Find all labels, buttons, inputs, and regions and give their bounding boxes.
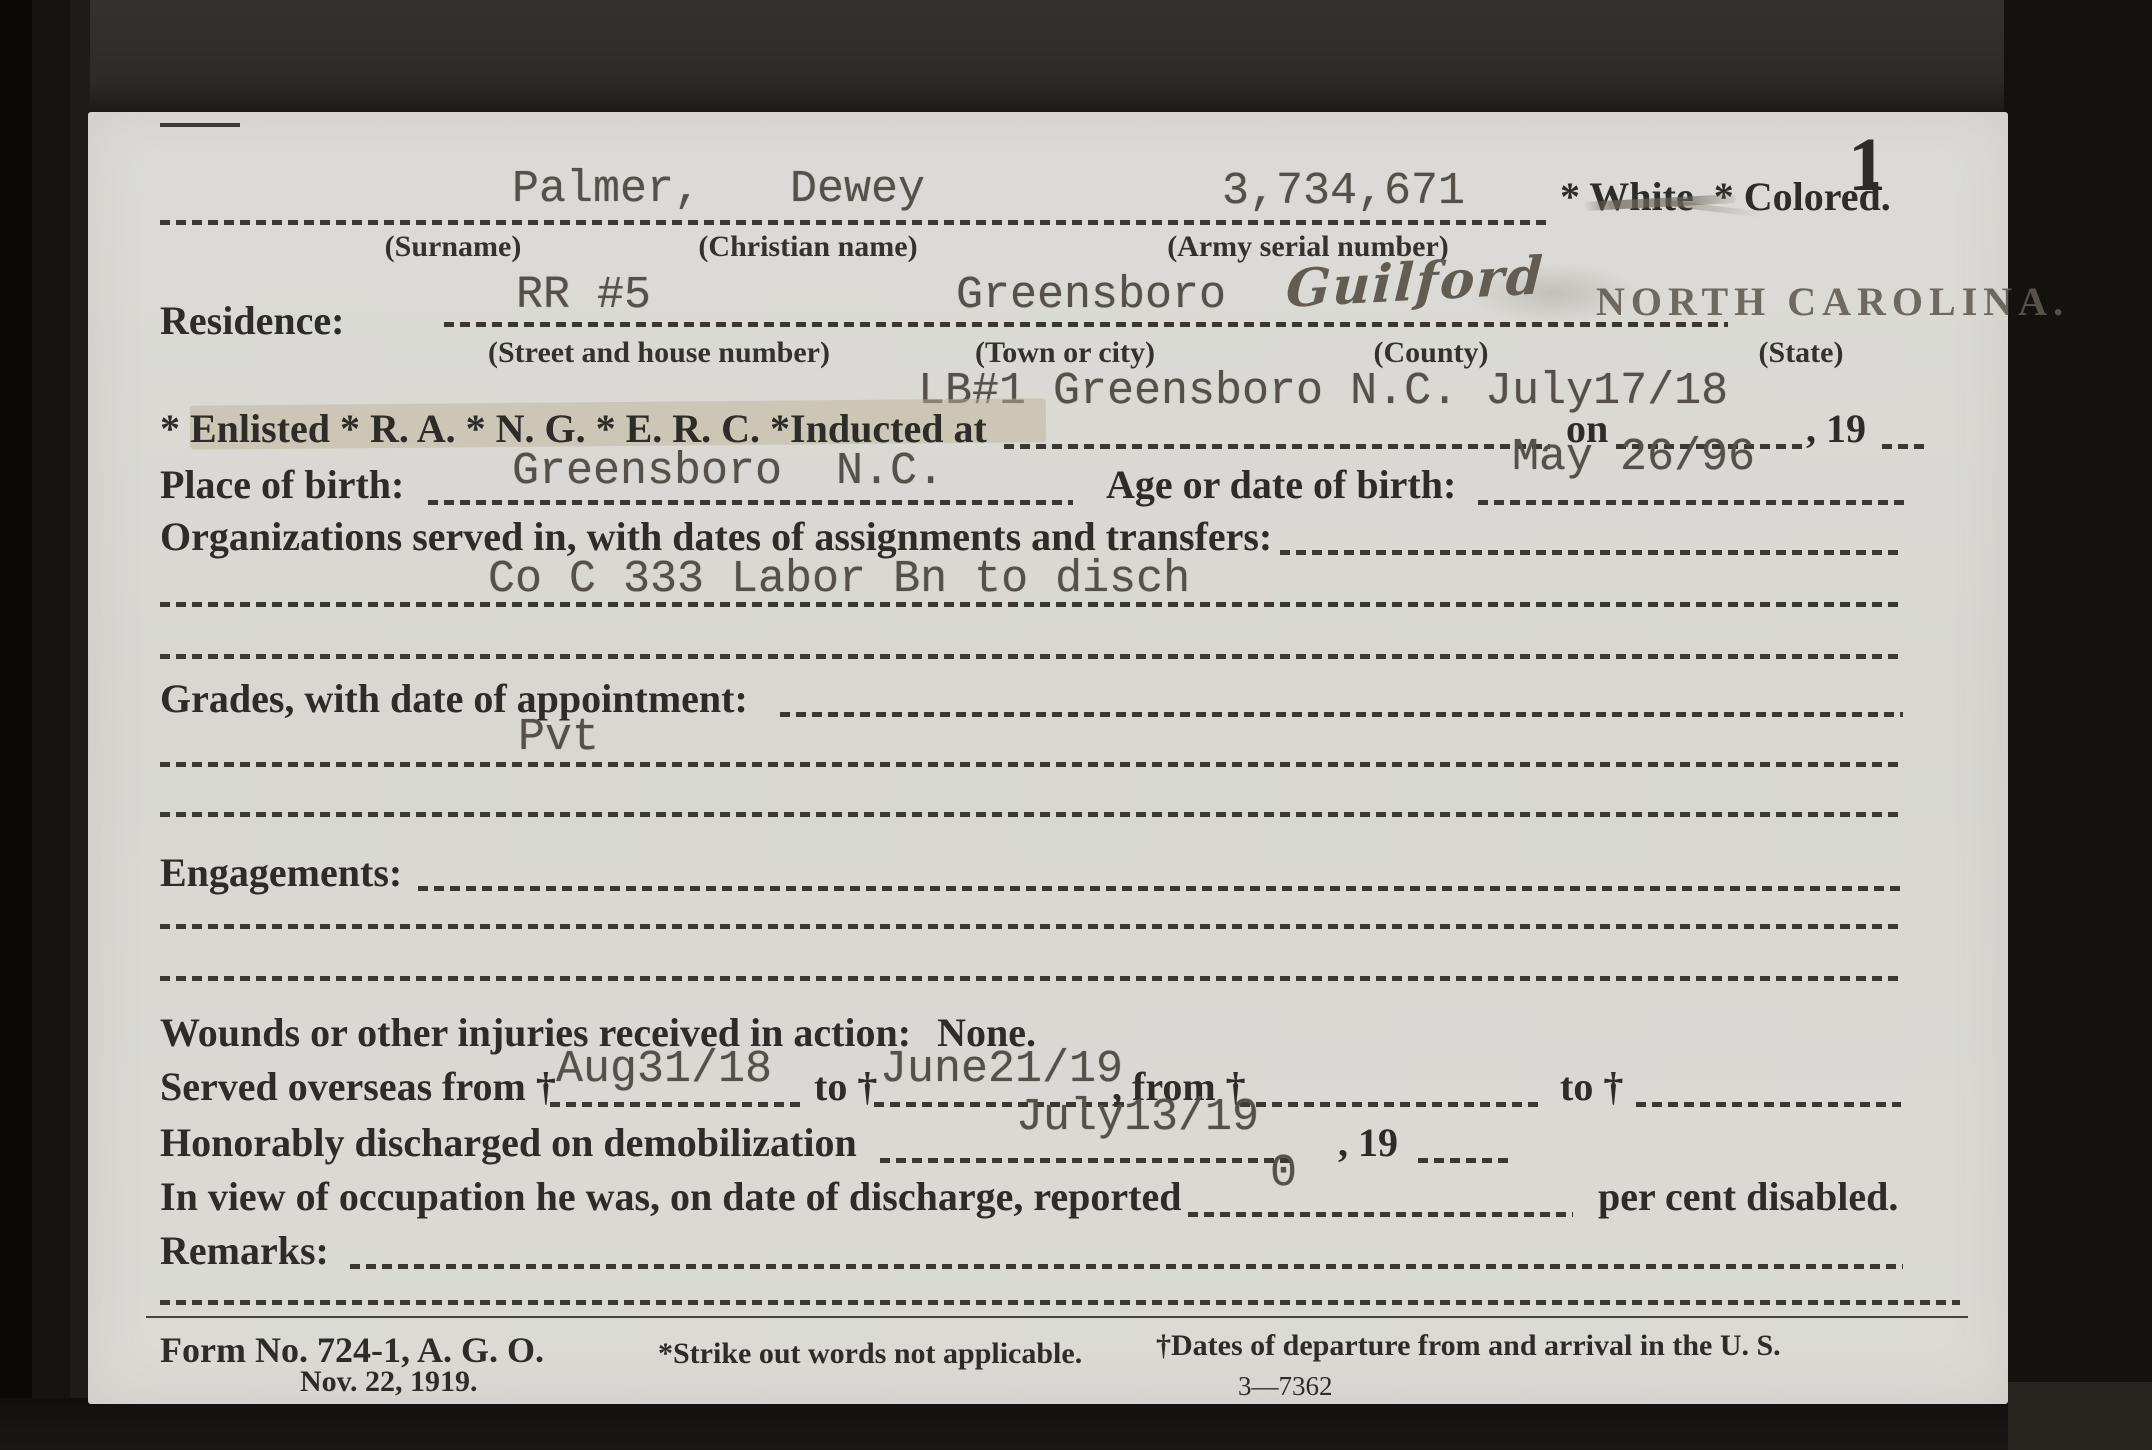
residence-label: Residence:	[160, 300, 344, 342]
surname-label: (Surname)	[343, 230, 563, 264]
birth-date-typed: May 26/96	[1512, 432, 1755, 483]
organizations-rule-1	[160, 602, 1903, 607]
remarks-rule	[350, 1264, 1903, 1269]
county-label: (County)	[1336, 336, 1526, 370]
disability-value-typed: 0	[1270, 1148, 1297, 1199]
enlistment-line: * Enlisted * R. A. * N. G. * E. R. C. *I…	[160, 408, 987, 450]
overseas-label: Served overseas from †	[160, 1066, 556, 1108]
grades-rule-2	[160, 812, 1903, 817]
remarks-label: Remarks:	[160, 1230, 329, 1272]
scan-corner-patch	[2008, 1382, 2152, 1450]
footer-solid-rule	[146, 1316, 1968, 1318]
discharge-label: Honorably discharged on demobilization	[160, 1122, 857, 1164]
grade-typed: Pvt	[518, 712, 599, 763]
organizations-rule-right	[1280, 550, 1903, 555]
scan-border-left	[0, 0, 90, 1450]
inducted-year-label: , 19	[1806, 408, 1866, 450]
print-code: 3—7362	[1238, 1372, 1333, 1400]
overseas-rule-4	[1636, 1102, 1901, 1107]
engagements-label: Engagements:	[160, 852, 402, 894]
organizations-typed: Co C 333 Labor Bn to disch	[488, 554, 1190, 605]
serial-number-typed: 3,734,671	[1222, 166, 1465, 217]
place-of-birth-typed: Greensboro N.C.	[512, 446, 944, 497]
discharge-rule	[880, 1158, 1292, 1163]
inducted-year-rule	[1882, 444, 1924, 449]
grades-rule-1	[160, 762, 1903, 767]
engagements-rule-1	[160, 924, 1903, 929]
disability-label: In view of occupation he was, on date of…	[160, 1176, 1181, 1218]
name-rule	[160, 220, 1550, 225]
inducted-at-rule	[1004, 444, 1550, 449]
overseas-rule-3	[1240, 1102, 1540, 1107]
scan-border-top	[0, 0, 2152, 114]
age-rule	[1478, 500, 1904, 505]
strike-out-note: *Strike out words not applicable.	[658, 1338, 1082, 1370]
departure-dates-note: †Dates of departure from and arrival in …	[1156, 1330, 1781, 1362]
state-label: (State)	[1716, 336, 1886, 370]
discharge-year-label: , 19	[1338, 1122, 1398, 1164]
scanned-service-record: 1 Palmer, Dewey 3,734,671 * White * Colo…	[0, 0, 2152, 1450]
wounds-label: Wounds or other injuries received in act…	[160, 1012, 911, 1054]
registration-mark	[160, 123, 240, 127]
grades-rule-right	[780, 712, 1903, 717]
disability-suffix: per cent disabled.	[1598, 1176, 1898, 1218]
town-typed: Greensboro	[956, 270, 1226, 321]
overseas-from-typed: Aug31/18	[556, 1044, 772, 1095]
surname-typed: Palmer,	[512, 164, 701, 215]
overseas-rule-1	[550, 1102, 802, 1107]
organizations-rule-2	[160, 654, 1903, 659]
age-label: Age or date of birth:	[1106, 464, 1456, 506]
place-of-birth-label: Place of birth:	[160, 464, 404, 506]
engagements-rule-2	[160, 976, 1903, 981]
street-typed: RR #5	[516, 270, 651, 321]
place-of-birth-rule	[428, 500, 1073, 505]
state-stamped: NORTH CAROLINA.	[1596, 278, 2069, 325]
record-card: 1 Palmer, Dewey 3,734,671 * White * Colo…	[88, 112, 2008, 1404]
street-label: (Street and house number)	[488, 336, 818, 370]
overseas-to-label-1: to †	[814, 1066, 877, 1108]
overseas-to-typed: June21/19	[880, 1044, 1123, 1095]
christian-name-label: (Christian name)	[668, 230, 948, 264]
discharge-year-rule	[1418, 1158, 1508, 1163]
discharge-date-typed: July13/19	[1016, 1092, 1259, 1143]
christian-name-typed: Dewey	[790, 164, 925, 215]
engagements-rule-right	[418, 886, 1903, 891]
grades-label: Grades, with date of appointment:	[160, 678, 748, 720]
town-label: (Town or city)	[940, 336, 1190, 370]
organizations-label: Organizations served in, with dates of a…	[160, 516, 1272, 558]
overseas-to-label-2: to †	[1560, 1066, 1623, 1108]
footer-dotted-rule	[160, 1300, 1960, 1305]
scan-border-bottom	[0, 1398, 2152, 1450]
disability-rule	[1188, 1212, 1573, 1217]
residence-rule	[444, 322, 1728, 327]
form-date: Nov. 22, 1919.	[300, 1366, 478, 1398]
scan-border-right	[2004, 0, 2152, 1450]
